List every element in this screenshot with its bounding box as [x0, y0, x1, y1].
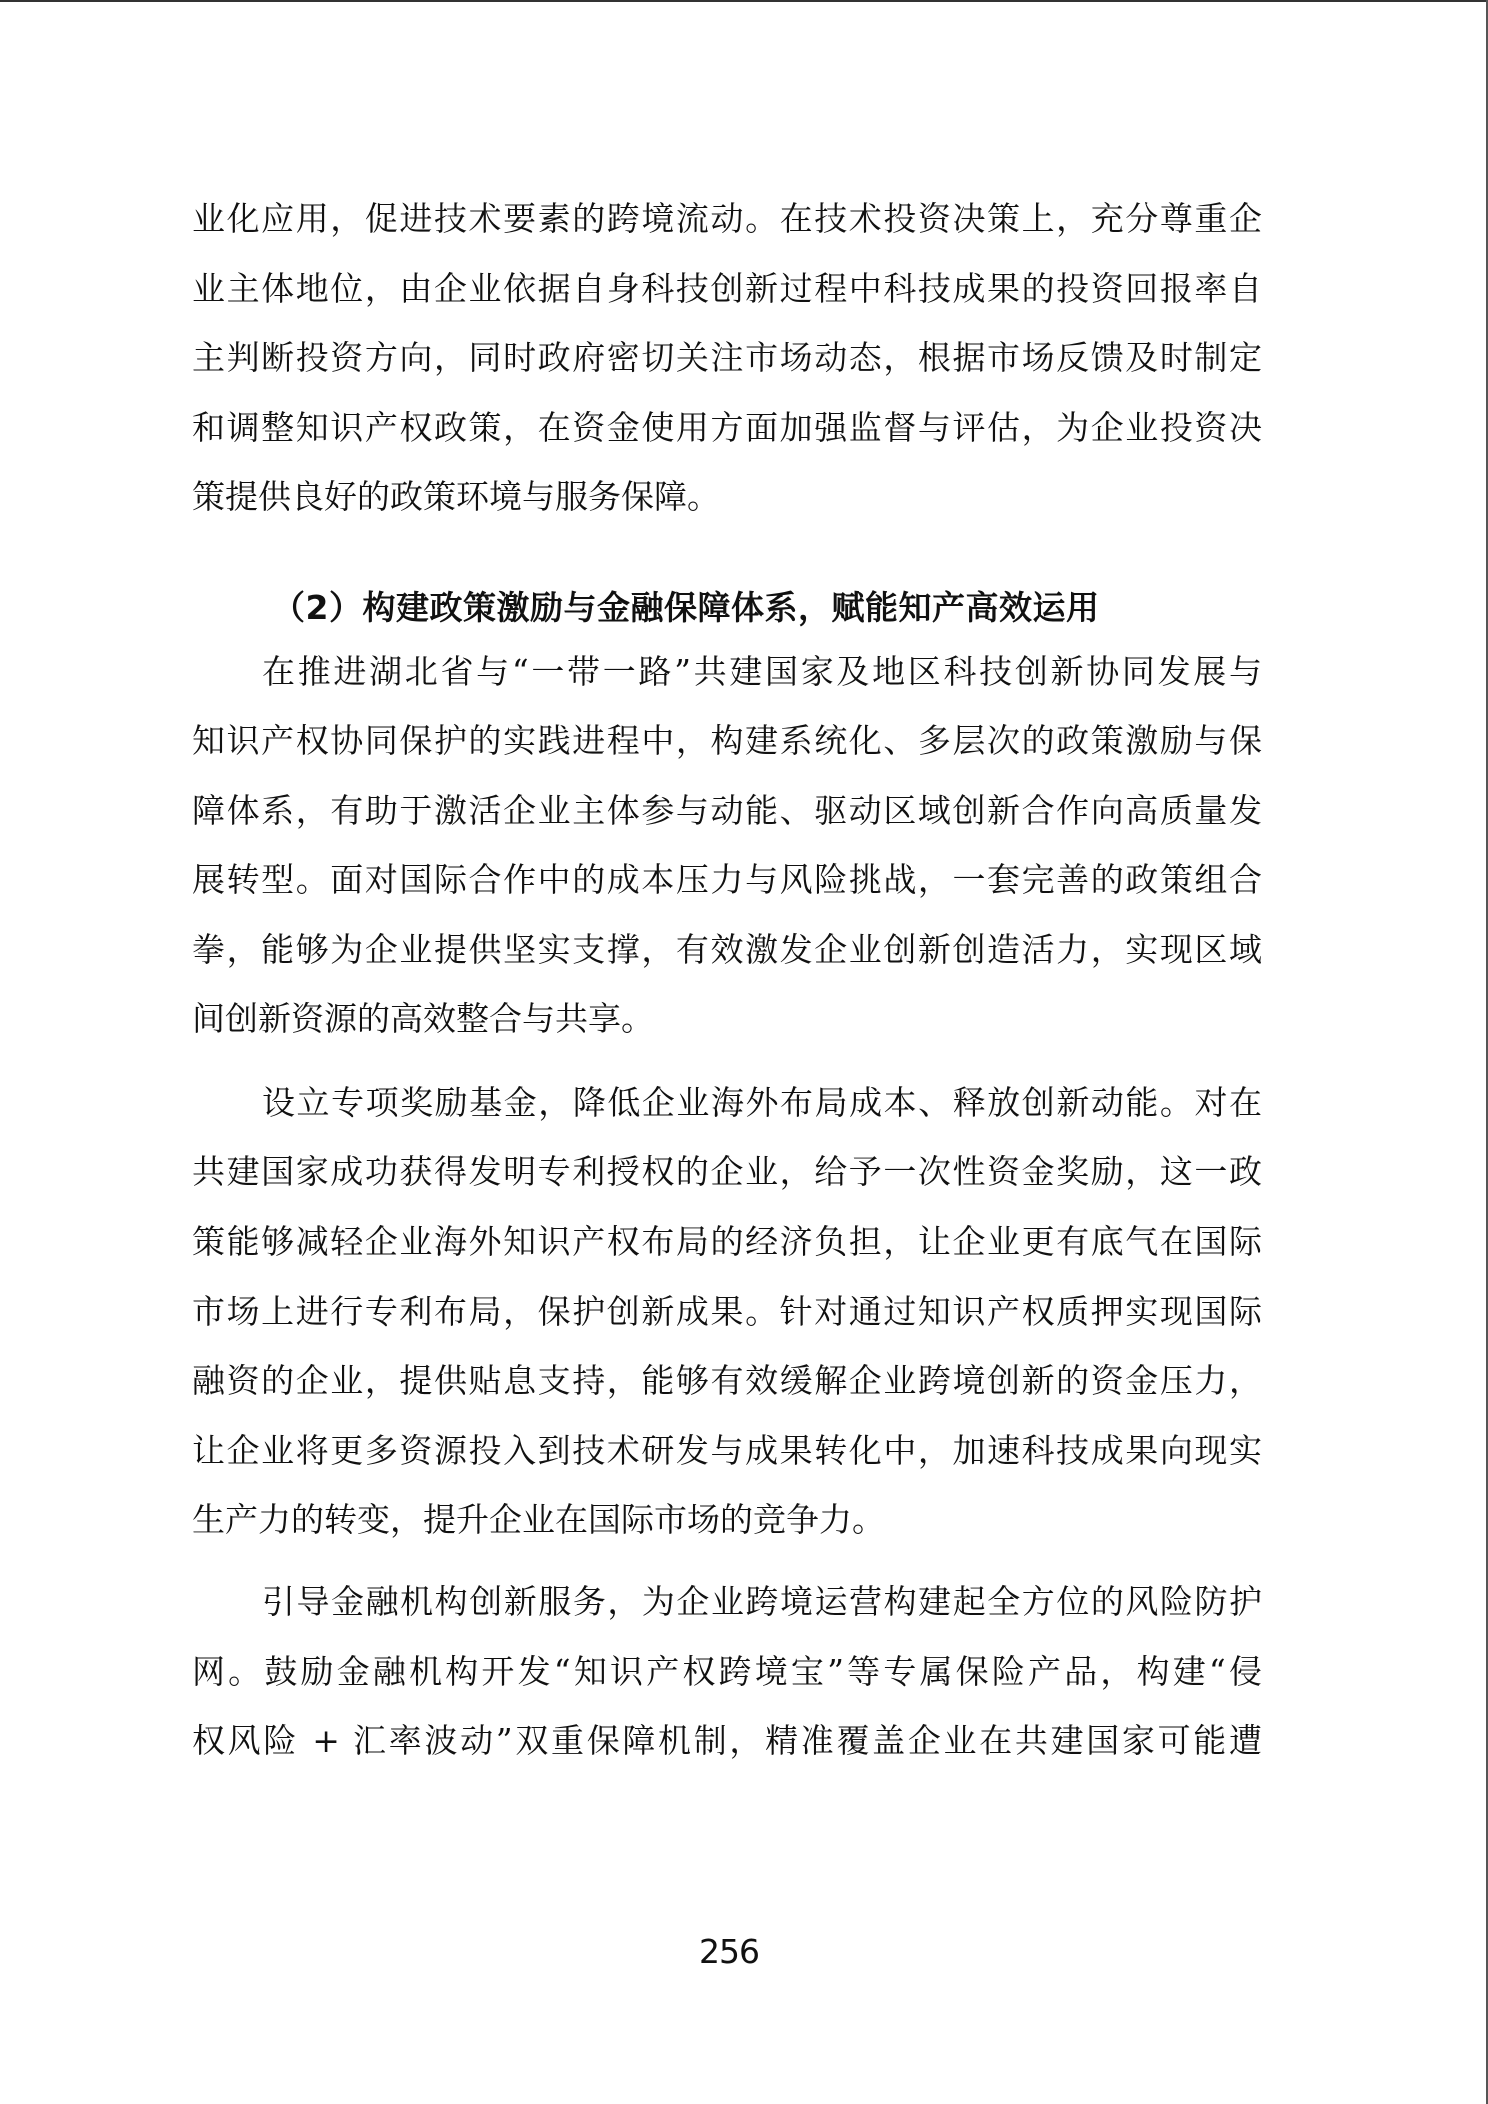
- text-line: 网。鼓励金融机构开发“知识产权跨境宝”等专属保险产品，构建“侵: [192, 1650, 1262, 1694]
- text-line: 业化应用，促进技术要素的跨境流动。在技术投资决策上，充分尊重企: [192, 197, 1262, 241]
- text-line: 业主体地位，由企业依据自身科技创新过程中科技成果的投资回报率自: [192, 267, 1262, 311]
- text-line: 和调整知识产权政策，在资金使用方面加强监督与评估，为企业投资决: [192, 406, 1262, 450]
- text-line: 主判断投资方向，同时政府密切关注市场动态，根据市场反馈及时制定: [192, 336, 1262, 380]
- text-line: 设立专项奖励基金，降低企业海外布局成本、释放创新动能。对在: [262, 1081, 1262, 1125]
- text-line: 间创新资源的高效整合与共享。: [192, 997, 1262, 1041]
- text-line: 障体系，有助于激活企业主体参与动能、驱动区域创新合作向高质量发: [192, 789, 1262, 833]
- section-heading: （2）构建政策激励与金融保障体系，赋能知产高效运用: [272, 586, 1099, 630]
- text-line: 生产力的转变，提升企业在国际市场的竞争力。: [192, 1498, 1262, 1542]
- text-line: 权风险 + 汇率波动”双重保障机制，精准覆盖企业在共建国家可能遭: [192, 1719, 1262, 1763]
- page-border-top: [0, 0, 1488, 2]
- text-line: 共建国家成功获得发明专利授权的企业，给予一次性资金奖励，这一政: [192, 1150, 1262, 1194]
- text-line: 展转型。面对国际合作中的成本压力与风险挑战，一套完善的政策组合: [192, 858, 1262, 902]
- text-line: 让企业将更多资源投入到技术研发与成果转化中，加速科技成果向现实: [192, 1429, 1262, 1473]
- text-line: 引导金融机构创新服务，为企业跨境运营构建起全方位的风险防护: [262, 1580, 1262, 1624]
- text-line: 市场上进行专利布局，保护创新成果。针对通过知识产权质押实现国际: [192, 1290, 1262, 1334]
- text-line: 策能够减轻企业海外知识产权布局的经济负担，让企业更有底气在国际: [192, 1220, 1262, 1264]
- text-line: 拳，能够为企业提供坚实支撑，有效激发企业创新创造活力，实现区域: [192, 928, 1262, 972]
- text-line: 策提供良好的政策环境与服务保障。: [192, 475, 1262, 519]
- text-line: 知识产权协同保护的实践进程中，构建系统化、多层次的政策激励与保: [192, 719, 1262, 763]
- text-line: 融资的企业，提供贴息支持，能够有效缓解企业跨境创新的资金压力，: [192, 1359, 1262, 1403]
- text-line: 在推进湖北省与“一带一路”共建国家及地区科技创新协同发展与: [262, 650, 1262, 694]
- page-number: 256: [0, 1932, 1458, 1972]
